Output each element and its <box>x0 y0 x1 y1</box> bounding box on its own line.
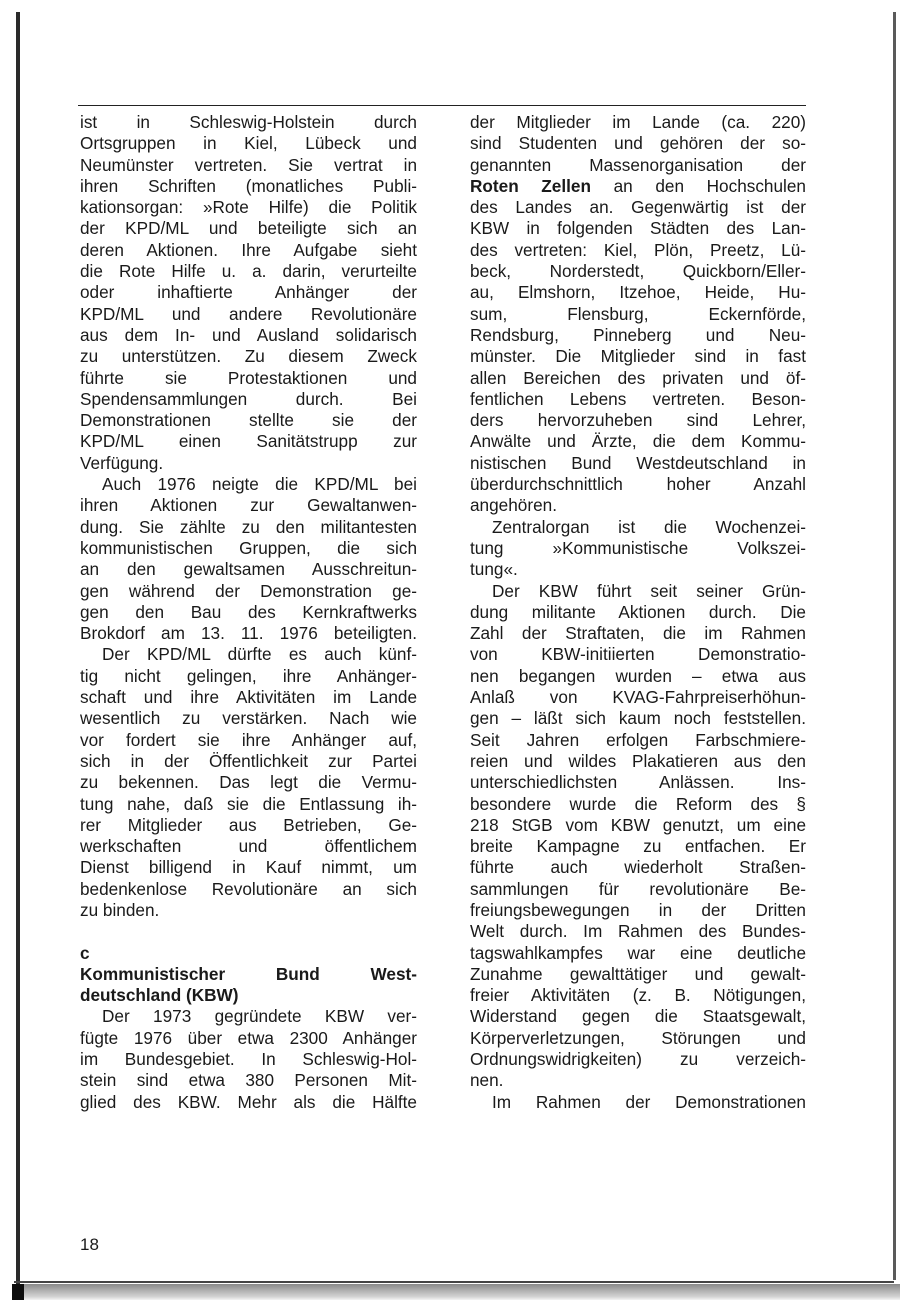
section-spacer <box>80 921 417 942</box>
text-line: im Bundesgebiet. In Schleswig-Hol- <box>80 1049 417 1070</box>
text-line: genannten Massenorganisation der <box>470 155 806 176</box>
text-line: aus dem In- und Ausland solidarisch <box>80 325 417 346</box>
text-line: führte auch wiederholt Straßen- <box>470 857 806 878</box>
text-line: au, Elmshorn, Itzehoe, Heide, Hu- <box>470 282 806 303</box>
text-line: kationsorgan: »Rote Hilfe) die Politik <box>80 197 417 218</box>
text-line: bedenkenlose Revolutionäre an sich <box>80 879 417 900</box>
paragraph-kpdml-1976: Auch 1976 neigte die KPD/ML bei ihren Ak… <box>80 474 417 644</box>
text-line: tung«. <box>470 559 806 580</box>
text-line: überdurchschnittlich hoher Anzahl <box>470 474 806 495</box>
text-line: beck, Norderstedt, Quickborn/Eller- <box>470 261 806 282</box>
text-line: Widerstand gegen die Staatsgewalt, <box>470 1006 806 1027</box>
text-line: Der KPD/ML dürfte es auch künf- <box>80 644 417 665</box>
text-line: stein sind etwa 380 Personen Mit- <box>80 1070 417 1091</box>
text-line: angehören. <box>470 495 806 516</box>
text-line: werkschaften und öffentlichem <box>80 836 417 857</box>
paragraph-demonstrations: Im Rahmen der Demonstrationen <box>470 1092 806 1113</box>
header-rule <box>78 105 806 106</box>
text-line: wesentlich zu verstärken. Nach wie <box>80 708 417 729</box>
paragraph-kbw-intro: Der 1973 gegründete KBW ver- fügte 1976 … <box>80 1006 417 1112</box>
paragraph-kbw-members: der Mitglieder im Lande (ca. 220) sind S… <box>470 112 806 517</box>
text-line: Der 1973 gegründete KBW ver- <box>80 1006 417 1027</box>
text-line: Rendsburg, Pinneberg und Neu- <box>470 325 806 346</box>
text-line: sum, Flensburg, Eckernförde, <box>470 304 806 325</box>
text-line: freier Aktivitäten (z. B. Nötigungen, <box>470 985 806 1006</box>
text-line: 218 StGB vom KBW genutzt, um eine <box>470 815 806 836</box>
text-line: nistischen Bund Westdeutschland in <box>470 453 806 474</box>
scan-left-edge <box>16 12 20 1287</box>
section-title-line: deutschland (KBW) <box>80 985 417 1006</box>
text-line: Zentralorgan ist die Wochenzei- <box>470 517 806 538</box>
text-line: an den gewaltsamen Ausschreitun- <box>80 559 417 580</box>
paragraph-zentralorgan: Zentralorgan ist die Wochenzei- tung »Ko… <box>470 517 806 581</box>
text-line: Zahl der Straftaten, die im Rahmen <box>470 623 806 644</box>
bold-term-roten-zellen: Roten Zellen <box>470 176 591 196</box>
text-line: führte sie Protestaktionen und <box>80 368 417 389</box>
section-title-line: Kommunistischer Bund West- <box>80 964 417 985</box>
text-fragment: an den Hochschulen <box>591 176 806 196</box>
text-line: Zunahme gewalttätiger und gewalt- <box>470 964 806 985</box>
text-line: ist in Schleswig-Holstein durch <box>80 112 417 133</box>
text-line: Ortsgruppen in Kiel, Lübeck und <box>80 133 417 154</box>
text-line: tig nicht gelingen, ihre Anhänger- <box>80 666 417 687</box>
text-line: allen Bereichen des privaten und öf- <box>470 368 806 389</box>
text-line: gen – läßt sich kaum noch feststellen. <box>470 708 806 729</box>
text-line: zu unterstützen. Zu diesem Zweck <box>80 346 417 367</box>
text-line: Anwälte und Ärzte, die dem Kommu- <box>470 431 806 452</box>
text-line: oder inhaftierte Anhänger der <box>80 282 417 303</box>
page-number: 18 <box>80 1235 99 1255</box>
paragraph-rote-hilfe: ist in Schleswig-Holstein durch Ortsgrup… <box>80 112 417 474</box>
text-line: KPD/ML einen Sanitätstrupp zur <box>80 431 417 452</box>
text-line: Körperverletzungen, Störungen und <box>470 1028 806 1049</box>
text-line: breite Kampagne zu entfachen. Er <box>470 836 806 857</box>
scan-bottom-edge <box>14 1281 894 1283</box>
text-line: nen begangen wurden – etwa aus <box>470 666 806 687</box>
text-line: gen den Bau des Kernkraftwerks <box>80 602 417 623</box>
text-line: ders hervorzuheben sind Lehrer, <box>470 410 806 431</box>
text-line: freiungsbewegungen in der Dritten <box>470 900 806 921</box>
text-line: glied des KBW. Mehr als die Hälfte <box>80 1092 417 1113</box>
text-line: schaft und ihre Aktivitäten im Lande <box>80 687 417 708</box>
text-line: Welt durch. Im Rahmen des Bundes- <box>470 921 806 942</box>
text-line: Der KBW führt seit seiner Grün- <box>470 581 806 602</box>
text-line: dung. Sie zählte zu den militantesten <box>80 517 417 538</box>
text-line: fentlichen Lebens vertreten. Beson- <box>470 389 806 410</box>
text-line: ihren Aktionen zur Gewaltanwen- <box>80 495 417 516</box>
text-line: reien und wildes Plakatieren aus den <box>470 751 806 772</box>
scan-right-edge <box>893 12 896 1280</box>
text-line: der Mitglieder im Lande (ca. 220) <box>470 112 806 133</box>
scan-corner-mark <box>12 1284 24 1300</box>
text-line: nen. <box>470 1070 806 1091</box>
text-line: KBW in folgenden Städten des Lan- <box>470 218 806 239</box>
text-line: des Landes an. Gegenwärtig ist der <box>470 197 806 218</box>
text-line: zu bekennen. Das legt die Vermu- <box>80 772 417 793</box>
text-line: sind Studenten und gehören der so- <box>470 133 806 154</box>
text-line: Verfügung. <box>80 453 417 474</box>
text-line: zu binden. <box>80 900 417 921</box>
text-line: die Rote Hilfe u. a. darin, verurteilte <box>80 261 417 282</box>
right-column: der Mitglieder im Lande (ca. 220) sind S… <box>470 112 806 1113</box>
text-line: Seit Jahren erfolgen Farbschmiere- <box>470 730 806 751</box>
text-line: münster. Die Mitglieder sind in fast <box>470 346 806 367</box>
text-line: Roten Zellen an den Hochschulen <box>470 176 806 197</box>
text-line: Ordnungswidrigkeiten) zu verzeich- <box>470 1049 806 1070</box>
section-letter: c <box>80 943 417 964</box>
text-line: kommunistischen Gruppen, die sich <box>80 538 417 559</box>
text-line: rer Mitglieder aus Betrieben, Ge- <box>80 815 417 836</box>
text-line: gen während der Demonstration ge- <box>80 581 417 602</box>
paragraph-kbw-actions: Der KBW führt seit seiner Grün- dung mil… <box>470 581 806 1092</box>
text-line: tagswahlkampfes war eine deutliche <box>470 943 806 964</box>
text-line: Brokdorf am 13. 11. 1976 beteiligten. <box>80 623 417 644</box>
text-line: Neumünster vertreten. Sie vertrat in <box>80 155 417 176</box>
text-line: unterschiedlichsten Anlässen. Ins- <box>470 772 806 793</box>
section-heading-kbw: c Kommunistischer Bund West- deutschland… <box>80 943 417 1007</box>
paragraph-kpdml-outlook: Der KPD/ML dürfte es auch künf- tig nich… <box>80 644 417 921</box>
text-line: vor fordert sie ihre Anhänger auf, <box>80 730 417 751</box>
text-line: besondere wurde die Reform des § <box>470 794 806 815</box>
text-line: sammlungen für revolutionäre Be- <box>470 879 806 900</box>
text-line: Auch 1976 neigte die KPD/ML bei <box>80 474 417 495</box>
scan-bottom-shadow <box>12 1284 900 1300</box>
text-line: dung militante Aktionen durch. Die <box>470 602 806 623</box>
text-line: der KPD/ML und beteiligte sich an <box>80 218 417 239</box>
text-line: von KBW-initiierten Demonstratio- <box>470 644 806 665</box>
text-line: Anlaß von KVAG-Fahrpreiserhöhun- <box>470 687 806 708</box>
text-line: ihren Schriften (monatliches Publi- <box>80 176 417 197</box>
text-line: Spendensammlungen durch. Bei <box>80 389 417 410</box>
text-line: deren Aktionen. Ihre Aufgabe sieht <box>80 240 417 261</box>
text-line: Demonstrationen stellte sie der <box>80 410 417 431</box>
text-line: Im Rahmen der Demonstrationen <box>470 1092 806 1113</box>
text-line: tung nahe, daß sie die Entlassung ih- <box>80 794 417 815</box>
text-line: tung »Kommunistische Volkszei- <box>470 538 806 559</box>
text-line: des vertreten: Kiel, Plön, Preetz, Lü- <box>470 240 806 261</box>
left-column: ist in Schleswig-Holstein durch Ortsgrup… <box>80 112 417 1113</box>
text-line: KPD/ML und andere Revolutionäre <box>80 304 417 325</box>
text-line: fügte 1976 über etwa 2300 Anhänger <box>80 1028 417 1049</box>
text-line: Dienst billigend in Kauf nimmt, um <box>80 857 417 878</box>
text-line: sich in der Öffentlichkeit zur Partei <box>80 751 417 772</box>
